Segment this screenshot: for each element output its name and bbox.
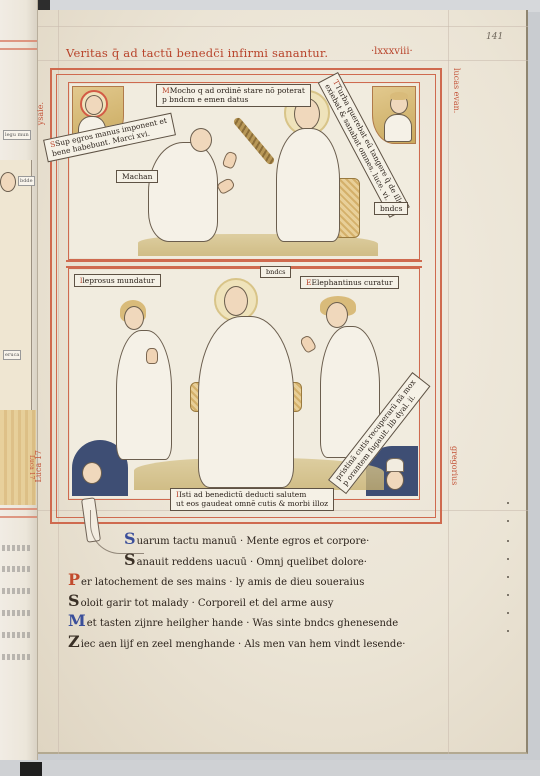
scroll-text: ut eos gaudeat omnē cutis & morbi illoz [176,499,328,508]
verse-line: Soloit garir tot malady · Corporeil et d… [68,594,405,615]
leper-robe [116,330,172,460]
verse-text: et tasten zijnre heilgher hande · Was si… [87,618,399,629]
margin-caption-luke-17: Luca 17 [34,450,43,482]
verse-initial: P [68,574,80,586]
verse-text: uarum tactu manuū · Mente egros et corp… [137,536,370,547]
verse-text: er latochement de ses mains · ly amis de… [81,577,364,588]
scroll-speech-monk: MMocho q ad ordinē stare nō poterat p … [156,84,311,107]
margin-caption-gregory: gregorius [450,446,459,485]
kneeling-monk-head [190,128,212,152]
kneeling-monk-robe [148,142,218,242]
facing-red-rule [0,40,38,42]
verse-text: anauit reddens uacuū · Omnj quelibet do… [137,557,367,568]
benedict-head-lower [224,286,248,316]
facing-red-rule [0,516,38,518]
facing-text-line [2,566,32,572]
pricking-mark [507,558,509,560]
scroll-rubric-initial: M [162,86,170,95]
benedict-robe [276,128,340,242]
panel-divider [66,260,422,262]
rubric-heading: Veritas q̄ ad tactū benedc̄i infirmi sa… [66,46,328,60]
margin-caption-isaiah: ysaie. [36,102,45,125]
facing-text-line [2,588,32,594]
prophet-head [85,95,103,115]
ruling-line [38,60,528,61]
pricking-mark [507,540,509,542]
leper-head [124,306,144,330]
facing-red-rule [0,48,38,50]
viewer-bottom-bar-edge [20,762,42,776]
facing-text-line [2,545,32,551]
scroll-name-benedict: bndcs [374,202,408,215]
verse-initial: S [124,554,136,566]
scroll-bottom-caption: IIsti ad benedictū deducti salutem ut e… [170,488,334,511]
verse-line: Suarum tactu manuū · Mente egros et cor… [68,532,405,553]
facing-scroll-label: eruca [3,350,21,360]
facing-page: legu mun bdde eruca Luca 17 [0,0,38,760]
verse-line: Met tasten zijnre heilgher hande · Was s… [68,614,405,635]
margin-caption-luke: lucas evan. [452,68,461,113]
ruling-line [448,10,449,754]
pricking-mark [507,594,509,596]
viewer-bottom-bar [0,760,540,776]
scroll-benedict-lower: bndcs [260,266,291,278]
scroll-name-machan: Machan [116,170,158,183]
verse-initial: Z [68,636,80,648]
monk-observer-head [82,462,102,484]
papal-tiara [386,458,404,472]
verse-text: oloit garir tot malady · Corporeil et de… [81,598,334,609]
verse-text: iec aen lijf en zeel menghande · Als men… [81,639,406,650]
evangelist-robe [384,114,412,142]
evangelist-hair [390,92,408,100]
folio-number: 141 [486,32,503,42]
scroll-text: Elephantinus curatur [311,278,392,287]
leper-praying-hands [146,348,158,364]
scroll-text: Mocho q ad ordinē stare nō poterat [170,86,305,95]
scroll-elephantiasis-cured: EElephantinus curatur [300,276,399,289]
scroll-text: p bndcm e emen datus [162,95,305,104]
patient-head [326,302,348,328]
verse-line: Per latochement de ses mains · ly amis d… [68,573,405,594]
manuscript-folio: 141 Veritas q̄ ad tactū benedc̄i infirm… [38,10,528,754]
scroll-text: Isti ad benedictū deducti salutem [179,490,306,499]
verse-line: Sanauit reddens uacuū · Omnj quelibet d… [68,553,405,574]
scroll-leper-cleansed: lleprosus mundatur [74,274,161,287]
verse-initial: S [124,533,136,545]
facing-scroll-label: legu mun [3,130,31,140]
ruling-line [38,26,528,27]
pricking-mark [507,630,509,632]
facing-text-line [2,632,32,638]
verse-initial: M [68,615,86,627]
verse-line: Ziec aen lijf en zeel menghande · Als me… [68,635,405,656]
scroll-text: bndcs [266,268,285,276]
pricking-mark [507,612,509,614]
pricking-mark [507,576,509,578]
scroll-text: leprosus mundatur [82,276,154,285]
facing-text-line [2,610,32,616]
facing-red-rule [0,508,38,510]
pricking-mark [507,520,509,522]
pope-gregory-head [386,470,404,490]
pricking-mark [507,502,509,504]
chapter-number: ·lxxxviii· [371,46,413,57]
facing-illustration-figure [0,160,32,410]
facing-text-line [2,654,32,660]
verse-initial: S [68,595,80,607]
facing-figure-head [0,172,16,192]
facing-scroll-label: bdde [18,176,35,186]
verse-text-block: Suarum tactu manuū · Mente egros et cor… [68,532,405,655]
benedict-robe-lower [198,316,294,488]
